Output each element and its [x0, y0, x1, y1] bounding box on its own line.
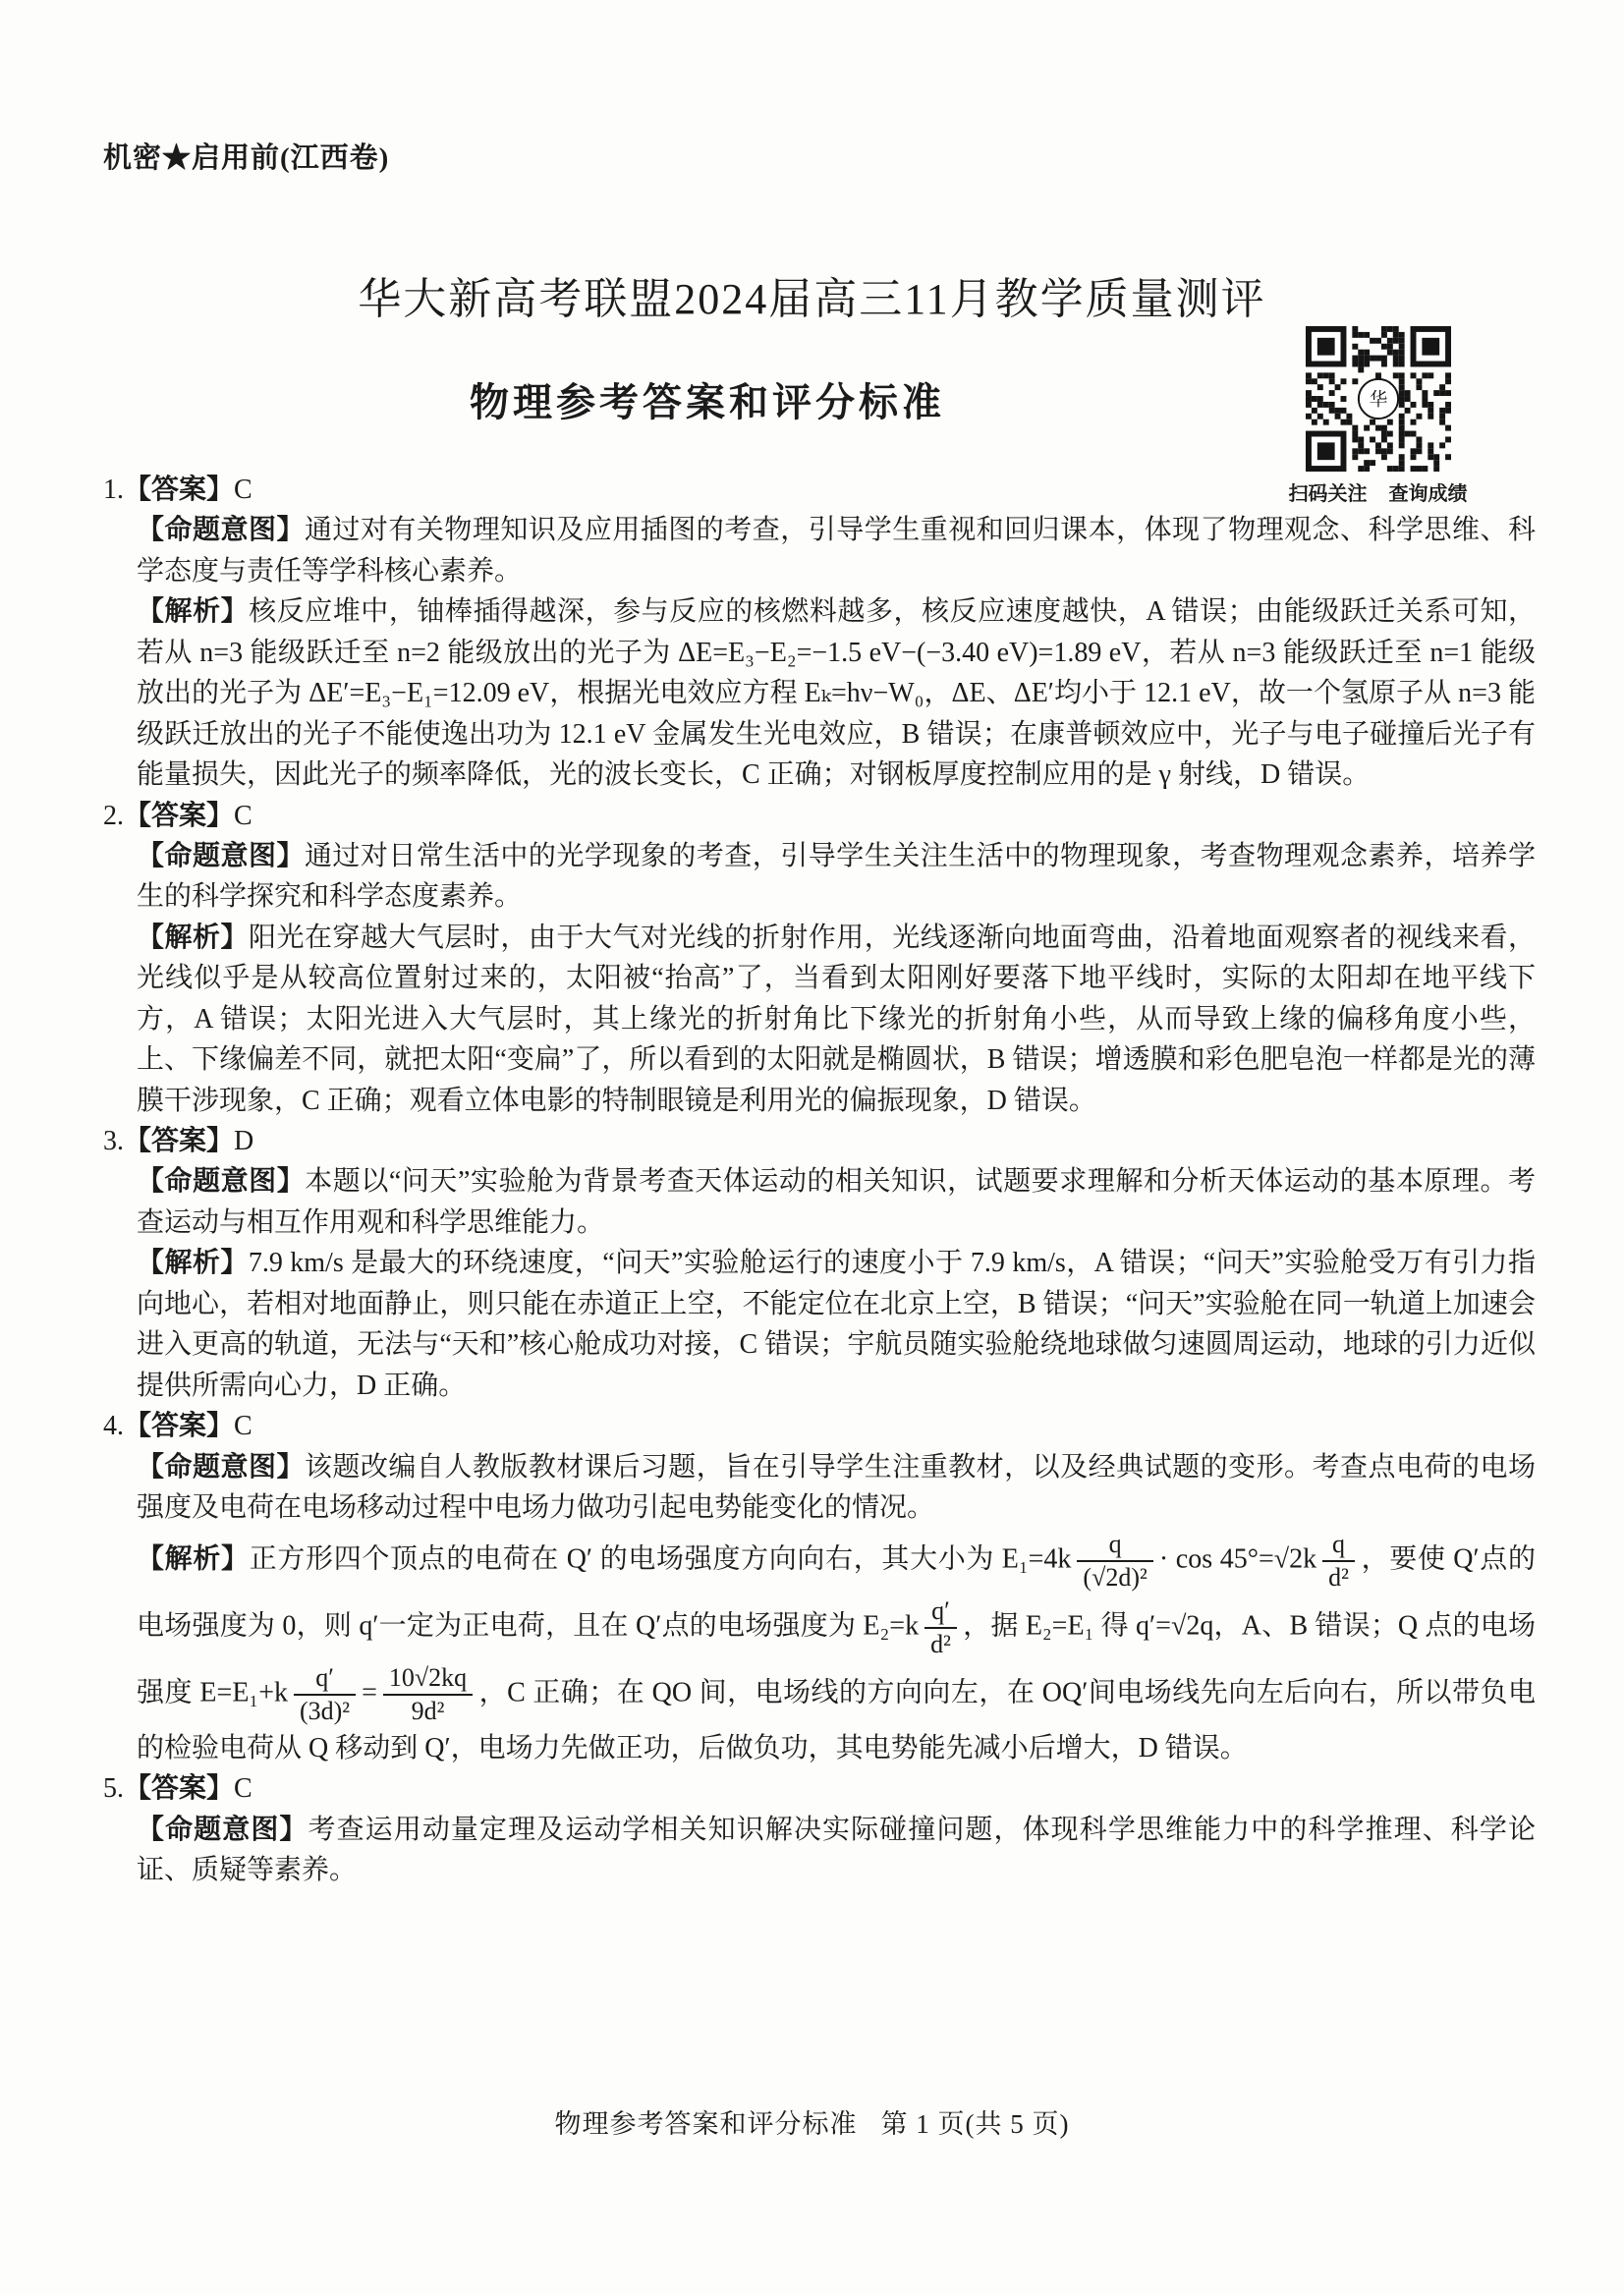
intent-text: 该题改编自人教版教材课后习题，旨在引导学生注重教材，以及经典试题的变形。考查点电…: [137, 1452, 1536, 1523]
question-number: 1.: [103, 475, 124, 505]
intent-paragraph: 【命题意图】通过对有关物理知识及应用插图的考查，引导学生重视和回归课本，体现了物…: [137, 510, 1536, 591]
analysis-text: 阳光在穿越大气层时，由于大气对光线的折射作用，光线逐渐向地面弯曲，沿着地面观察者…: [137, 923, 1536, 1116]
answer-line: 2.【答案】C: [103, 796, 1536, 836]
classification-banner: 机密★启用前(江西卷): [103, 136, 389, 176]
analysis-label: 【解析】: [137, 1544, 250, 1575]
intent-paragraph: 【命题意图】考查运用动量定理及运动学相关知识解决实际碰撞问题，体现科学思维能力中…: [137, 1810, 1536, 1891]
answer-label: 【答案】: [124, 1773, 234, 1804]
intent-text: 通过对有关物理知识及应用插图的考查，引导学生重视和回归课本，体现了物理观念、科学…: [137, 515, 1536, 586]
page-subtitle: 物理参考答案和评分标准: [0, 371, 1415, 427]
qr-code-icon: 华: [1301, 326, 1456, 472]
answer-value: C: [234, 475, 252, 505]
answer-label: 【答案】: [124, 801, 234, 831]
intent-label: 【命题意图】: [137, 1452, 305, 1483]
analysis-text-1: 正方形四个顶点的电荷在 Q′ 的电场强度方向向右，其大小为 E₁=4k: [250, 1544, 1072, 1575]
answer-value: C: [234, 1411, 252, 1441]
page-footer: 物理参考答案和评分标准第 1 页(共 5 页): [0, 2102, 1624, 2141]
answer-label: 【答案】: [124, 1411, 234, 1441]
intent-label: 【命题意图】: [137, 1815, 308, 1845]
question-1: 1.【答案】C 【命题意图】通过对有关物理知识及应用插图的考查，引导学生重视和回…: [137, 470, 1536, 796]
question-number: 5.: [103, 1773, 124, 1804]
analysis-paragraph: 【解析】阳光在穿越大气层时，由于大气对光线的折射作用，光线逐渐向地面弯曲，沿着地…: [137, 918, 1536, 1121]
question-5: 5.【答案】C 【命题意图】考查运用动量定理及运动学相关知识解决实际碰撞问题，体…: [137, 1768, 1536, 1890]
page-title: 华大新高考联盟2024届高三11月教学质量测评: [0, 263, 1624, 326]
intent-paragraph: 【命题意图】本题以“问天”实验舱为背景考查天体运动的相关知识，试题要求理解和分析…: [137, 1161, 1536, 1243]
answer-label: 【答案】: [124, 1126, 234, 1156]
question-3: 3.【答案】D 【命题意图】本题以“问天”实验舱为背景考查天体运动的相关知识，试…: [137, 1121, 1536, 1406]
question-number: 2.: [103, 801, 124, 831]
analysis-paragraph: 【解析】7.9 km/s 是最大的环绕速度，“问天”实验舱运行的速度小于 7.9…: [137, 1243, 1536, 1406]
intent-label: 【命题意图】: [137, 1166, 305, 1197]
fraction-e1: q(√2d)²: [1077, 1530, 1152, 1593]
intent-label: 【命题意图】: [137, 515, 305, 545]
answers-content: 1.【答案】C 【命题意图】通过对有关物理知识及应用插图的考查，引导学生重视和回…: [103, 470, 1536, 1890]
footer-page-info: 第 1 页(共 5 页): [881, 2109, 1070, 2139]
answer-line: 1.【答案】C: [103, 470, 1536, 510]
analysis-text-2: · cos 45°=√2k: [1159, 1544, 1316, 1575]
analysis-text: 7.9 km/s 是最大的环绕速度，“问天”实验舱运行的速度小于 7.9 km/…: [137, 1248, 1536, 1400]
intent-text: 本题以“问天”实验舱为背景考查天体运动的相关知识，试题要求理解和分析天体运动的基…: [137, 1166, 1536, 1237]
svg-text:华: 华: [1369, 390, 1387, 411]
question-number: 3.: [103, 1126, 124, 1156]
answer-value: C: [234, 1773, 252, 1804]
answer-label: 【答案】: [124, 475, 234, 505]
question-4: 4.【答案】C 【命题意图】该题改编自人教版教材课后习题，旨在引导学生注重教材，…: [137, 1406, 1536, 1768]
answer-value: D: [234, 1126, 253, 1156]
analysis-text-5: =: [362, 1677, 377, 1707]
answer-line: 4.【答案】C: [103, 1406, 1536, 1446]
analysis-text: 核反应堆中，铀棒插得越深，参与反应的核燃料越多，核反应速度越快，A 错误；由能级…: [137, 596, 1536, 790]
analysis-label: 【解析】: [137, 1248, 249, 1278]
fraction-e1-result: qd²: [1322, 1530, 1355, 1593]
fraction-eq-result: 10√2kq9d²: [383, 1663, 473, 1726]
question-number: 4.: [103, 1411, 124, 1441]
answer-sheet-page: 机密★启用前(江西卷) 华大新高考联盟2024届高三11月教学质量测评 物理参考…: [0, 0, 1624, 2295]
intent-paragraph: 【命题意图】通过对日常生活中的光学现象的考查，引导学生关注生活中的物理现象，考查…: [137, 836, 1536, 918]
fraction-eq: q′(3d)²: [294, 1663, 356, 1726]
answer-line: 5.【答案】C: [103, 1768, 1536, 1809]
analysis-label: 【解析】: [137, 923, 249, 953]
analysis-label: 【解析】: [137, 596, 249, 627]
fraction-e2: q′d²: [924, 1596, 957, 1659]
answer-value: C: [234, 801, 252, 831]
intent-text: 考查运用动量定理及运动学相关知识解决实际碰撞问题，体现科学思维能力中的科学推理、…: [137, 1815, 1536, 1885]
intent-label: 【命题意图】: [137, 841, 305, 871]
question-2: 2.【答案】C 【命题意图】通过对日常生活中的光学现象的考查，引导学生关注生活中…: [137, 796, 1536, 1122]
answer-line: 3.【答案】D: [103, 1121, 1536, 1161]
intent-text: 通过对日常生活中的光学现象的考查，引导学生关注生活中的物理现象，考查物理观念素养…: [137, 841, 1536, 912]
analysis-paragraph: 【解析】核反应堆中，铀棒插得越深，参与反应的核燃料越多，核反应速度越快，A 错误…: [137, 591, 1536, 795]
analysis-paragraph: 【解析】正方形四个顶点的电荷在 Q′ 的电场强度方向向右，其大小为 E₁=4kq…: [137, 1528, 1536, 1768]
footer-doc-name: 物理参考答案和评分标准: [555, 2109, 858, 2139]
intent-paragraph: 【命题意图】该题改编自人教版教材课后习题，旨在引导学生注重教材，以及经典试题的变…: [137, 1447, 1536, 1529]
